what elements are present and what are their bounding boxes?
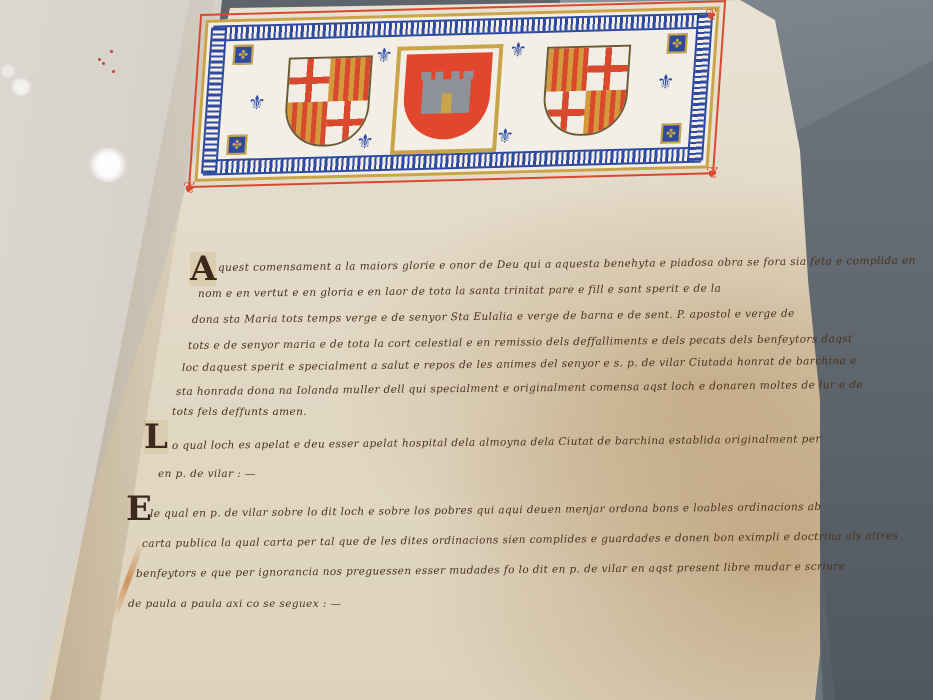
text-line: dona sta Maria tots temps verge e de sen… <box>192 308 795 326</box>
text-line: quest comensament a la maiors glorie e o… <box>218 255 916 274</box>
text-line: carta publica la qual carta per tal que … <box>142 530 898 550</box>
initial-letter: E <box>126 492 152 526</box>
manuscript-text: A quest comensament a la maiors glorie e… <box>0 0 933 700</box>
text-line: benfeytors e que per ignorancia nos preg… <box>136 561 846 580</box>
initial-letter: L <box>144 420 168 454</box>
text-line: de paula a paula axi co se seguex : — <box>128 598 341 610</box>
text-line: tots e de senyor maria e de tota la cort… <box>188 333 853 352</box>
text-line: sta honrada dona na Iolanda muller dell … <box>176 379 863 398</box>
photo-scene: ✤ ✤ ✤ ✤ ⚜ ⚜ ⚜ ⚜ ⚜ ⚜ ❦ ❦ ❦ A quest comens… <box>0 0 933 700</box>
initial-letter: A <box>190 252 216 286</box>
text-line: o qual loch es apelat e deu esser apelat… <box>172 433 821 452</box>
text-line: le qual en p. de vilar sobre lo dit loch… <box>150 501 822 520</box>
text-line: en p. de vilar : — <box>158 468 256 480</box>
text-line: loc daquest sperit e specialment a salut… <box>182 355 857 374</box>
text-line: tots fels deffunts amen. <box>172 406 307 418</box>
text-line: nom e en vertut e en gloria e en laor de… <box>198 283 721 300</box>
